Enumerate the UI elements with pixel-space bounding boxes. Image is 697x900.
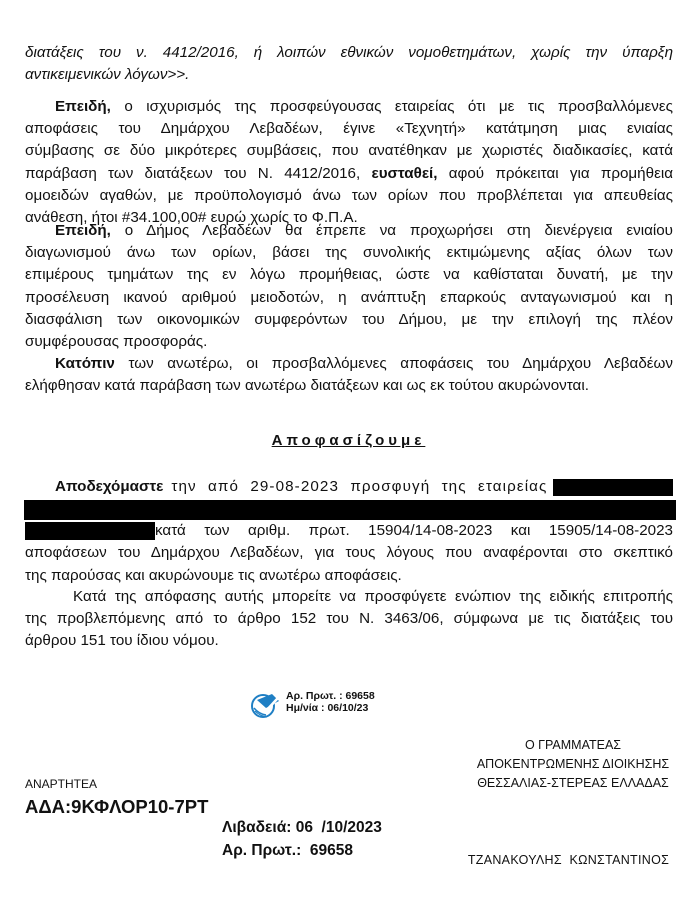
decision-title: Αποφασίζουμε [0, 432, 697, 449]
redaction-block [24, 500, 676, 520]
text-line: αποφάσεις του Δημάρχου Λεβαδέων, έγινε «… [25, 118, 673, 140]
signature-block: Ο ΓΡΑΜΜΑΤΕΑΣ ΑΠΟΚΕΝΤΡΩΜΕΝΗΣ ΔΙΟΙΚΗΣΗΣ ΘΕ… [462, 736, 684, 793]
bold-lead: Κατόπιν [55, 355, 115, 372]
text-line: επιμέρους τμημάτων της εν λόγω προμήθεια… [25, 264, 673, 286]
text-line: Επειδή, ο Δήμος Λεβαδέων θα έπρεπε να πρ… [25, 220, 673, 242]
text-line: συμφέρουσας προσφοράς. [25, 331, 673, 353]
text-line: σύμβασης σε δύο μικρότερες συμβάσεις, πο… [25, 140, 673, 162]
text-line: παράβαση των διατάξεων του Ν. 4412/2016,… [25, 163, 673, 185]
bold-lead: Αποδεχόμαστε [55, 476, 163, 498]
text-line: Αποδεχόμαστε την από 29-08-2023 προσφυγή… [25, 476, 673, 498]
signatory-title: Ο ΓΡΑΜΜΑΤΕΑΣ [462, 736, 684, 755]
protocol-stamp: Αρ. Πρωτ. : 69658 Ημ/νία : 06/10/23 [250, 688, 410, 722]
paragraph-decision: Αποδεχόμαστε την από 29-08-2023 προσφυγή… [25, 476, 673, 587]
paragraph-conclusion: Κατόπιν των ανωτέρω, οι προσβαλλόμενες α… [25, 353, 673, 397]
bold-lead: Επειδή, [55, 222, 111, 239]
text-line: αντικειμενικών λόγων>>. [25, 64, 673, 86]
text-line: της προβλεπόμενης από το άρθρο 152 του Ν… [25, 608, 673, 630]
paragraph-claim: Επειδή, ο ισχυρισμός της προσφεύγουσας ε… [25, 96, 673, 229]
redaction-block [553, 479, 673, 496]
text-line [25, 498, 673, 520]
text-line: άρθρου 151 του ίδιου νόμου. [25, 630, 673, 652]
signatory-org: ΑΠΟΚΕΝΤΡΩΜΕΝΗΣ ΔΙΟΙΚΗΣΗΣ [462, 755, 684, 774]
text-line: διατάξεις του ν. 4412/2016, ή λοιπών εθν… [25, 42, 673, 64]
checkmark-envelope-icon [250, 688, 282, 720]
bold-term: ευσταθεί, [371, 165, 437, 182]
text-line: διαγωνισμού άνω των ορίων, βάσει της συν… [25, 242, 673, 264]
paragraph-appeal: Κατά της απόφασης αυτής μπορείτε να προσ… [25, 586, 673, 653]
intro-paragraph: διατάξεις του ν. 4412/2016, ή λοιπών εθν… [25, 42, 673, 86]
text-line: αποφάσεων του Δημάρχου Λεβαδέων, για του… [25, 542, 673, 564]
place-date: Λιβαδειά: 06 /10/2023 [222, 816, 382, 839]
text-line: Επειδή, ο ισχυρισμός της προσφεύγουσας ε… [25, 96, 673, 118]
stamp-protocol: Αρ. Πρωτ. : 69658 [286, 690, 375, 702]
posting-label: ΑΝΑΡΤΗΤΕΑ [25, 777, 97, 791]
place-date-block: Λιβαδειά: 06 /10/2023 Αρ. Πρωτ.: 69658 [222, 816, 382, 862]
paragraph-reasoning: Επειδή, ο Δήμος Λεβαδέων θα έπρεπε να πρ… [25, 220, 673, 353]
text-line: Κατόπιν των ανωτέρω, οι προσβαλλόμενες α… [25, 353, 673, 375]
text-line: προσέλευση ικανού αριθμού μειοδοτών, η α… [25, 287, 673, 309]
text-line: Κατά της απόφασης αυτής μπορείτε να προσ… [25, 586, 673, 608]
text-line: ελήφθησαν κατά παράβαση των ανωτέρω διατ… [25, 375, 673, 397]
stamp-text: Αρ. Πρωτ. : 69658 Ημ/νία : 06/10/23 [286, 690, 375, 714]
signatory-name: ΤΖΑΝΑΚΟΥΛΗΣ ΚΩΝΣΤΑΝΤΙΝΟΣ [440, 853, 697, 867]
signatory-region: ΘΕΣΣΑΛΙΑΣ-ΣΤΕΡΕΑΣ ΕΛΛΑΔΑΣ [462, 774, 684, 793]
bold-lead: Επειδή, [55, 98, 111, 115]
stamp-date: Ημ/νία : 06/10/23 [286, 702, 375, 714]
text-line: της παρούσας και ακυρώνουμε τις ανωτέρω … [25, 565, 673, 587]
protocol-number: Αρ. Πρωτ.: 69658 [222, 839, 382, 862]
ada-code: ΑΔΑ:9ΚΦΛΟΡ10-7ΡΤ [25, 796, 208, 818]
text-line: κατά των αριθμ. πρωτ. 15904/14-08-2023 κ… [25, 520, 673, 542]
text-line: ομοειδών αγαθών, με προϋπολογισμό άνω τω… [25, 185, 673, 207]
redaction-block [25, 522, 155, 540]
text-line: διασφάλιση των οικονομικών συμφερόντων τ… [25, 309, 673, 331]
